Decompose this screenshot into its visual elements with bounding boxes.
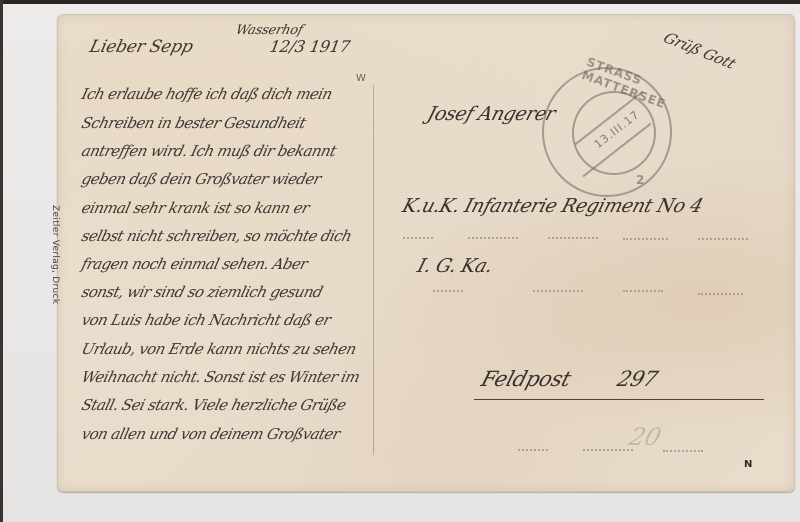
message-line: Urlaub, von Erde kann nichts zu sehen: [80, 340, 358, 358]
address-dotted-line: [548, 237, 598, 239]
message-line: von allen und von deinem Großvater: [80, 425, 342, 443]
greeting: Lieber Sepp: [88, 37, 196, 57]
message-line: geben daß dein Großvater wieder: [80, 170, 323, 188]
message-line: Schreiben in bester Gesundheit: [80, 114, 308, 132]
recipient-unit: K.u.K. Infanterie Regiment No 4: [400, 195, 706, 217]
publisher-imprint: Zeitler Verlag, Druck: [50, 205, 60, 304]
scan-left-border: [0, 0, 3, 522]
address-dotted-line: [403, 237, 433, 239]
letter-date: 12/3 1917: [268, 37, 351, 56]
address-dotted-line: [533, 290, 583, 292]
scan-top-border: [0, 0, 800, 4]
feldpost-label: Feldpost: [479, 367, 574, 391]
postmark-subtext: 2: [636, 173, 645, 187]
address-dotted-line: [623, 290, 663, 292]
message-line: von Luis habe ich Nachricht daß er: [80, 311, 333, 329]
address-dotted-line: [698, 238, 748, 240]
corner-note: Grüß Gott: [660, 29, 740, 72]
message-line: antreffen wird. Ich muß dir bekannt: [80, 142, 338, 160]
recipient-name: Josef Angerer: [425, 103, 558, 125]
small-mark: W: [356, 73, 366, 84]
card-divider-line: [373, 85, 374, 455]
recipient-company: I. G. Ka.: [415, 255, 495, 277]
address-dotted-line: [698, 293, 743, 295]
message-line: fragen noch einmal sehen. Aber: [80, 255, 309, 273]
address-dotted-line: [663, 450, 703, 452]
message-line: Weihnacht nicht. Sonst ist es Winter im: [80, 368, 362, 386]
printer-mark: N: [744, 459, 752, 470]
message-line: sonst, wir sind so ziemlich gesund: [80, 283, 325, 301]
postcard: Lieber Sepp Wasserhof 12/3 1917 W Ich er…: [57, 14, 795, 492]
message-line: Stall. Sei stark. Viele herzliche Grüße: [80, 396, 348, 414]
address-dotted-line: [583, 449, 633, 451]
address-dotted-line: [518, 449, 548, 451]
address-dotted-line: [433, 290, 463, 292]
place-name: Wasserhof: [234, 23, 304, 38]
feldpost-number: 297: [615, 367, 661, 391]
address-underline: [474, 399, 764, 400]
message-line: Ich erlaube hoffe ich daß dich mein: [80, 85, 334, 103]
postmark-stamp: 13.III.17 STRASS MATTERSEE 2: [542, 67, 672, 197]
address-dotted-line: [623, 238, 668, 240]
message-line: einmal sehr krank ist so kann er: [80, 199, 311, 217]
scanned-postcard-image: Lieber Sepp Wasserhof 12/3 1917 W Ich er…: [0, 0, 800, 522]
address-dotted-line: [468, 237, 518, 239]
message-line: selbst nicht schreiben, so möchte dich: [80, 227, 354, 245]
pencil-note: 20: [626, 423, 664, 451]
